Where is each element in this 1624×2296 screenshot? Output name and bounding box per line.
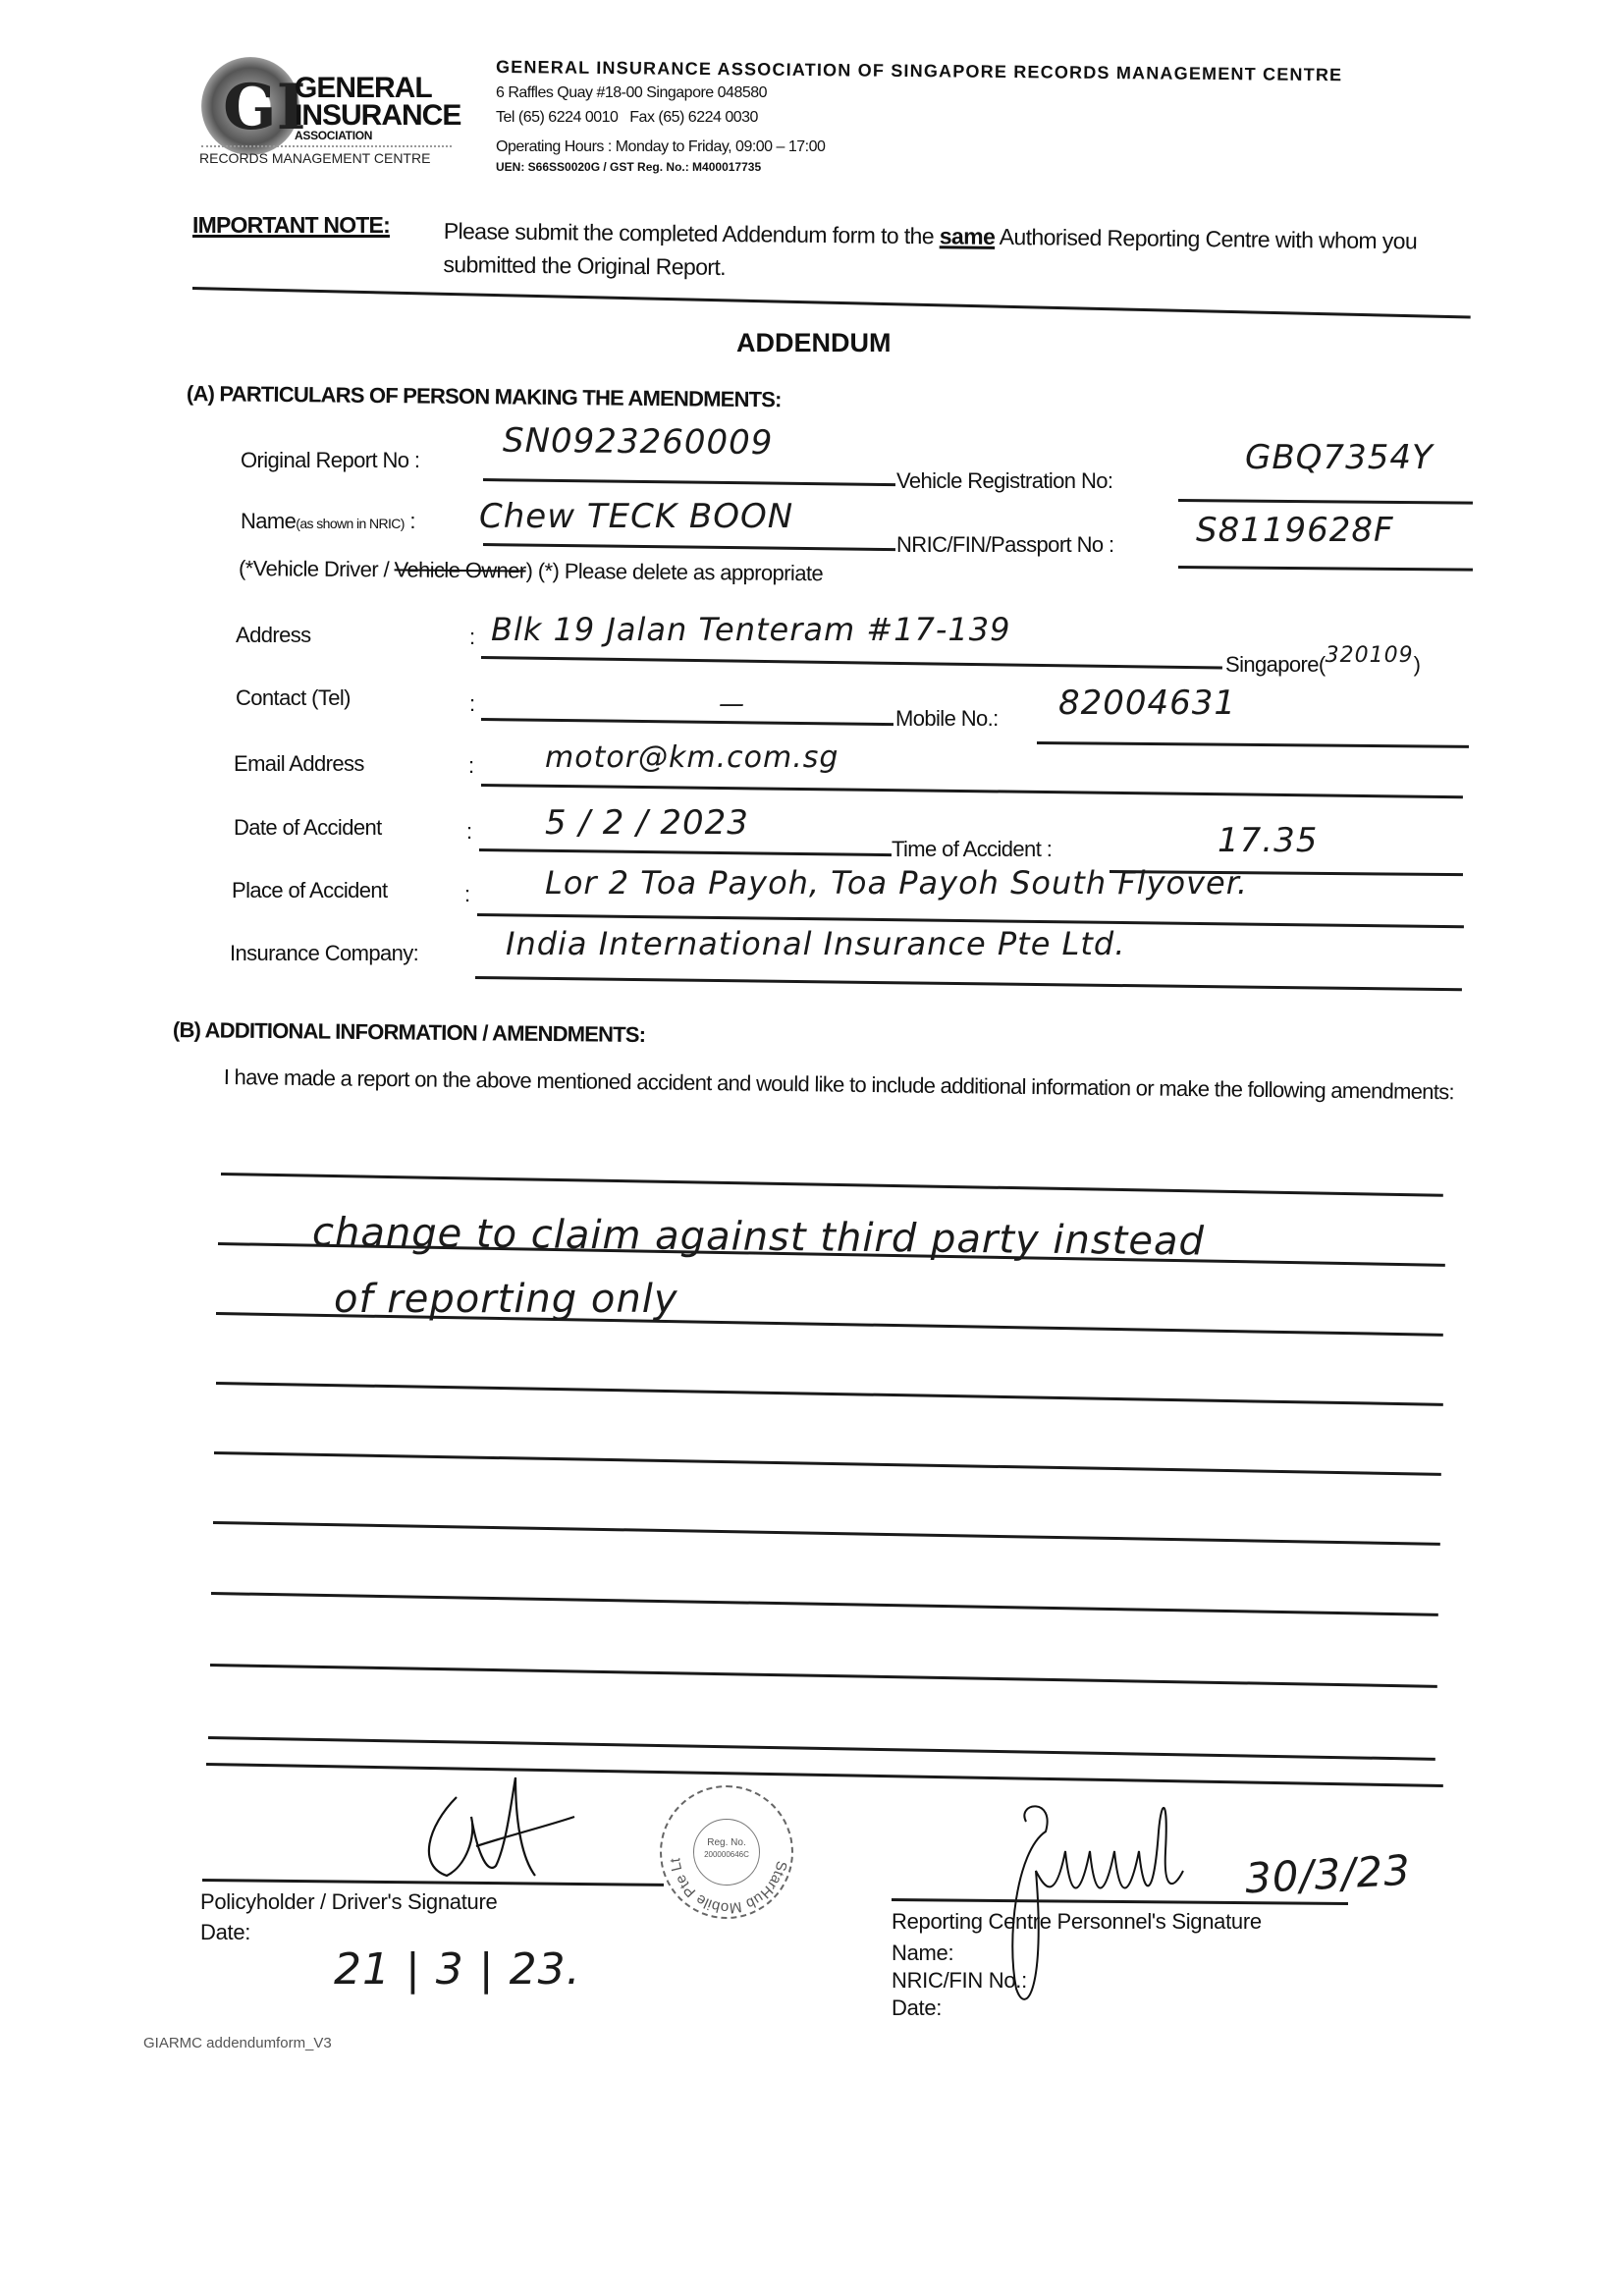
original-report-value[interactable]: SN0923260009: [503, 421, 774, 463]
reporting-centre-name-label: Name:: [892, 1941, 953, 1966]
form-version-footer: GIARMC addendumform_V3: [143, 2035, 332, 2051]
section-a-heading: (A) PARTICULARS OF PERSON MAKING THE AME…: [187, 381, 782, 412]
policyholder-signature-icon: [417, 1768, 584, 1886]
original-report-line: [483, 478, 895, 486]
uen-gst: UEN: S66SS0020G / GST Reg. No.: M4000177…: [496, 160, 761, 174]
tel-number: Tel (65) 6224 0010: [496, 109, 618, 126]
section-b-intro: I have made a report on the above mentio…: [224, 1063, 1490, 1108]
contact-tel-label: Contact (Tel): [236, 685, 351, 711]
place-of-accident-colon: :: [464, 882, 470, 907]
email-line: [481, 784, 1463, 798]
name-value[interactable]: Chew TECK BOON: [479, 497, 793, 536]
amendment-line: [221, 1173, 1443, 1197]
stamp-reg-number: 200000646C: [694, 1849, 759, 1861]
mobile-value[interactable]: 82004631: [1058, 683, 1236, 723]
important-note-label: IMPORTANT NOTE:: [192, 212, 390, 239]
name-line: [483, 543, 895, 551]
mobile-line: [1037, 741, 1469, 748]
amendment-line: [214, 1451, 1441, 1476]
vehicle-registration-line: [1178, 499, 1473, 505]
place-of-accident-value[interactable]: Lor 2 Toa Payoh, Toa Payoh South Flyover…: [545, 864, 1248, 902]
note-emphasis: same: [940, 223, 996, 249]
email-value[interactable]: motor@km.com.sg: [545, 740, 839, 775]
contact-tel-line: [481, 718, 893, 726]
amendment-line: [216, 1382, 1443, 1406]
date-of-accident-value[interactable]: 5 / 2 / 2023: [545, 803, 749, 843]
mobile-label: Mobile No.:: [895, 706, 999, 732]
amendment-line: [213, 1521, 1440, 1546]
logo-letters: GI: [223, 71, 306, 144]
company-stamp: StarHub Mobile Pte Ltd Reg. No. 20000064…: [660, 1785, 793, 1919]
name-label-text: Name: [241, 509, 296, 533]
singapore-close: ): [1414, 652, 1421, 677]
policyholder-signature-label: Policyholder / Driver's Signature: [200, 1889, 497, 1915]
amendment-line: [211, 1592, 1438, 1616]
role-owner-struck: Vehicle Owner: [394, 557, 525, 582]
address-value[interactable]: Blk 19 Jalan Tenteram #17-139: [491, 611, 1011, 648]
logo-divider: [201, 145, 452, 147]
address-label: Address: [236, 623, 311, 648]
name-label-note: (as shown in NRIC): [296, 516, 405, 531]
email-label: Email Address: [234, 751, 364, 777]
place-of-accident-label: Place of Accident: [232, 878, 388, 903]
date-of-accident-colon: :: [466, 819, 472, 845]
date-of-accident-label: Date of Accident: [234, 815, 382, 841]
contact-tel-value[interactable]: —: [719, 689, 745, 719]
time-of-accident-label: Time of Accident :: [892, 837, 1052, 862]
nric-label: NRIC/FIN/Passport No :: [896, 532, 1114, 558]
reporting-centre-signature-label: Reporting Centre Personnel's Signature: [892, 1909, 1262, 1935]
singapore-label: Singapore(320109): [1225, 652, 1420, 678]
page-title: ADDENDUM: [736, 328, 892, 358]
note-text-before: Please submit the completed Addendum for…: [444, 218, 940, 248]
vehicle-registration-value[interactable]: GBQ7354Y: [1245, 438, 1434, 477]
section-b-heading: (B) ADDITIONAL INFORMATION / AMENDMENTS:: [173, 1017, 646, 1048]
amendment-line: [210, 1664, 1437, 1688]
logo-title: GENERAL INSURANCE: [295, 75, 460, 130]
postal-code-value[interactable]: 320109: [1326, 643, 1414, 668]
address-line: [481, 656, 1222, 670]
singapore-text: Singapore(: [1225, 652, 1326, 677]
policyholder-date-value[interactable]: 21 | 3 | 23.: [334, 1944, 581, 1995]
important-note-text: Please submit the completed Addendum for…: [443, 214, 1455, 292]
amendment-line: [208, 1736, 1435, 1761]
policyholder-date-label: Date:: [200, 1920, 250, 1945]
logo-title-line2: INSURANCE: [295, 102, 460, 130]
email-colon: :: [468, 753, 474, 779]
reporting-centre-date-handwritten[interactable]: 30/3/23: [1244, 1846, 1412, 1903]
stamp-reg-label: Reg. No.: [694, 1837, 759, 1849]
name-label-colon: :: [405, 509, 415, 533]
original-report-label: Original Report No :: [241, 448, 419, 473]
reporting-centre-nric-label: NRIC/FIN No.:: [892, 1968, 1027, 1994]
role-note-suffix: ) (*) Please delete as appropriate: [525, 559, 823, 586]
organisation-address: 6 Raffles Quay #18-00 Singapore 048580: [496, 84, 767, 102]
date-of-accident-line: [479, 848, 892, 856]
insurance-company-label: Insurance Company:: [230, 941, 418, 966]
divider-line: [192, 287, 1471, 319]
role-note: (*Vehicle Driver / Vehicle Owner) (*) Pl…: [239, 556, 823, 586]
fax-number: Fax (65) 6224 0030: [629, 109, 758, 126]
organisation-phone: Tel (65) 6224 0010 Fax (65) 6224 0030: [496, 109, 758, 127]
nric-value[interactable]: S8119628F: [1196, 511, 1394, 550]
logo-title-line1: GENERAL: [295, 75, 460, 102]
contact-tel-colon: :: [469, 691, 475, 717]
time-of-accident-value[interactable]: 17.35: [1218, 821, 1318, 860]
insurance-company-value[interactable]: India International Insurance Pte Ltd.: [506, 925, 1125, 962]
amendment-line: [216, 1312, 1443, 1337]
role-driver: (*Vehicle Driver /: [239, 556, 395, 581]
gia-logo-mark: GI: [201, 57, 299, 155]
vehicle-registration-label: Vehicle Registration No:: [896, 468, 1112, 494]
insurance-company-line: [475, 976, 1462, 991]
reporting-centre-date-label: Date:: [892, 1995, 942, 2021]
logo-subtitle: RECORDS MANAGEMENT CENTRE: [199, 150, 430, 166]
nric-line: [1178, 566, 1473, 572]
stamp-center: Reg. No. 200000646C: [693, 1819, 760, 1886]
name-label: Name(as shown in NRIC) :: [241, 509, 415, 534]
operating-hours: Operating Hours : Monday to Friday, 09:0…: [496, 138, 825, 156]
amendment-line: [206, 1763, 1443, 1787]
logo-association: ASSOCIATION: [295, 129, 372, 142]
address-colon: :: [469, 625, 475, 650]
organisation-name: GENERAL INSURANCE ASSOCIATION OF SINGAPO…: [496, 57, 1342, 85]
